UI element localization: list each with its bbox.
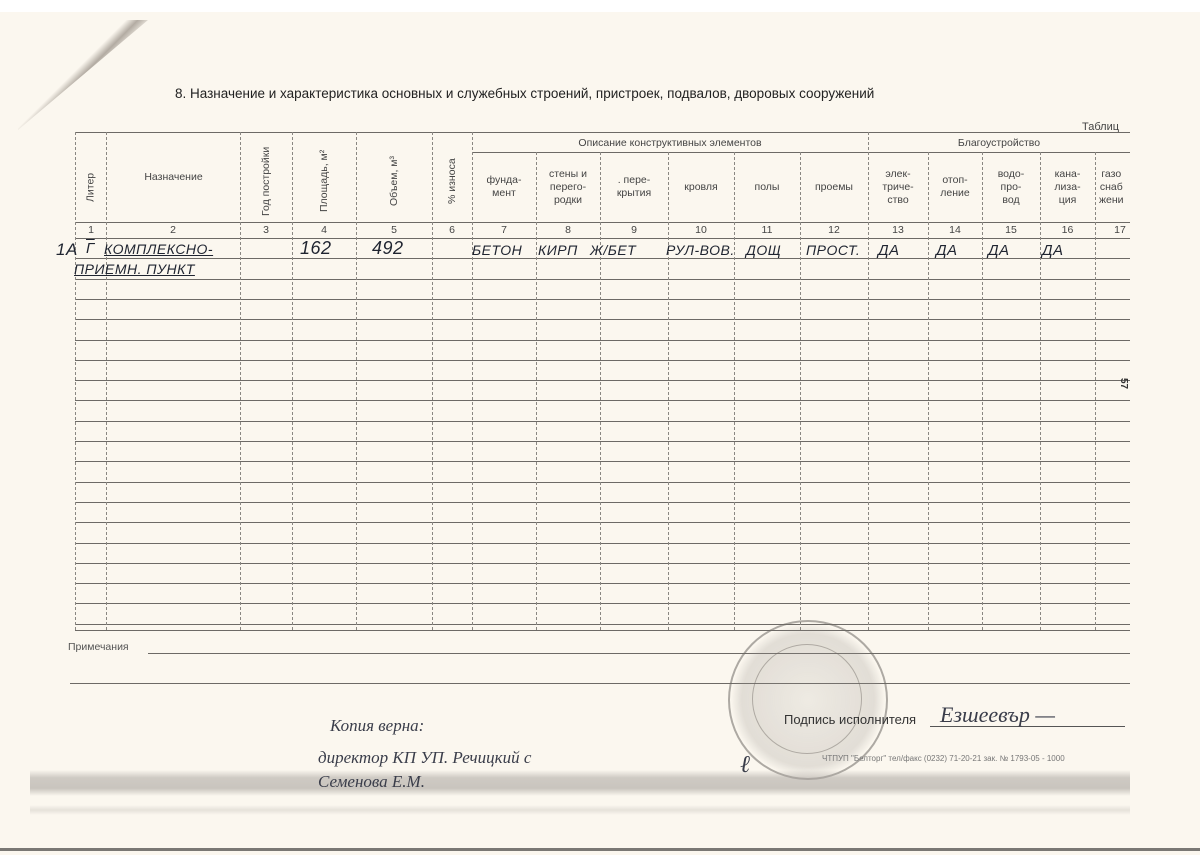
col-num-5: 5	[356, 224, 432, 236]
header-liter: Литер	[76, 152, 106, 222]
cell-openings: ПРОСТ.	[806, 242, 860, 258]
header-walls: стены и перего- родки	[536, 153, 600, 221]
group-header-construction: Описание конструктивных элементов	[472, 134, 868, 152]
header-floors: полы	[734, 153, 800, 221]
cell-walls: КИРП	[538, 242, 578, 258]
header-purpose: Назначение	[107, 152, 240, 202]
cell-purpose-line1: КОМПЛЕКСНО-	[104, 241, 213, 257]
cell-electricity: ДА	[878, 242, 900, 259]
cell-ceilings: Ж/БЕТ	[590, 242, 636, 258]
printer-info: ЧТПУП "Белторг" тел/факс (0232) 71-20-21…	[822, 754, 1065, 763]
col-num-9: 9	[600, 224, 668, 236]
cell-floors: ДОЩ	[746, 242, 781, 258]
signature-label: Подпись исполнителя	[784, 712, 916, 727]
col-num-8: 8	[536, 224, 600, 236]
col-num-4: 4	[292, 224, 356, 236]
scan-smudge-2	[30, 805, 1130, 815]
cell-area: 162	[300, 238, 332, 259]
col-num-17: 17	[1095, 224, 1145, 236]
col-num-15: 15	[982, 224, 1040, 236]
certification-line-3: Семенова Е.М.	[318, 772, 425, 792]
col-num-2: 2	[106, 224, 240, 236]
notes-line-1	[148, 653, 1130, 654]
col-num-16: 16	[1040, 224, 1095, 236]
header-gas: газо снаб жени	[1095, 153, 1134, 221]
header-electricity: элек- триче- ство	[868, 153, 928, 221]
cell-heating: ДА	[936, 242, 958, 259]
header-area: Площадь, м²	[293, 140, 356, 222]
col-num-11: 11	[734, 224, 800, 236]
col-num-10: 10	[668, 224, 734, 236]
col-num-7: 7	[472, 224, 536, 236]
col-num-1: 1	[76, 224, 106, 236]
header-roof: кровля	[668, 153, 734, 221]
section-title: 8. Назначение и характеристика основных …	[175, 86, 874, 101]
header-volume: Объем, м³	[357, 140, 432, 222]
cell-liter-mark: Г	[86, 240, 95, 257]
table-label: Таблиц	[1082, 121, 1119, 133]
header-openings: проемы	[800, 153, 868, 221]
cell-liter: 1А	[56, 240, 78, 260]
certification-line-2: директор КП УП. Речицкий с	[318, 748, 531, 768]
cell-foundation: БЕТОН	[472, 242, 522, 258]
group-header-amenities: Благоустройство	[868, 134, 1130, 152]
director-signature: ℓ	[740, 752, 750, 779]
executor-signature: Езшеевър —	[940, 702, 1055, 728]
page-bottom-edge	[0, 848, 1200, 851]
scan-smudge	[30, 770, 1130, 796]
notes-line-2	[70, 683, 1130, 684]
col-num-3: 3	[240, 224, 292, 236]
certification-line-1: Копия верна:	[330, 716, 424, 736]
col-num-6: 6	[432, 224, 472, 236]
cell-water: ДА	[988, 242, 1010, 259]
header-ceilings: . пере- крытия	[600, 153, 668, 221]
page-top-margin	[0, 0, 1200, 12]
cell-purpose-line2: ПРИЕМН. ПУНКТ	[74, 261, 195, 277]
header-heating: отоп- ление	[928, 153, 982, 221]
header-wear: % износа	[433, 140, 472, 222]
header-foundation: фунда- мент	[472, 153, 536, 221]
header-year: Год постройки	[241, 140, 292, 222]
col-num-14: 14	[928, 224, 982, 236]
notes-label: Примечания	[68, 641, 129, 653]
page-fold-corner	[18, 20, 148, 130]
cell-sewer: ДА	[1042, 242, 1064, 259]
page-side-number: 57	[1118, 378, 1129, 389]
header-sewer: кана- лиза- ция	[1040, 153, 1095, 221]
header-water: водо- про- вод	[982, 153, 1040, 221]
cell-volume: 492	[372, 238, 404, 259]
cell-roof: РУЛ-ВОВ.	[666, 242, 735, 258]
col-num-12: 12	[800, 224, 868, 236]
col-num-13: 13	[868, 224, 928, 236]
